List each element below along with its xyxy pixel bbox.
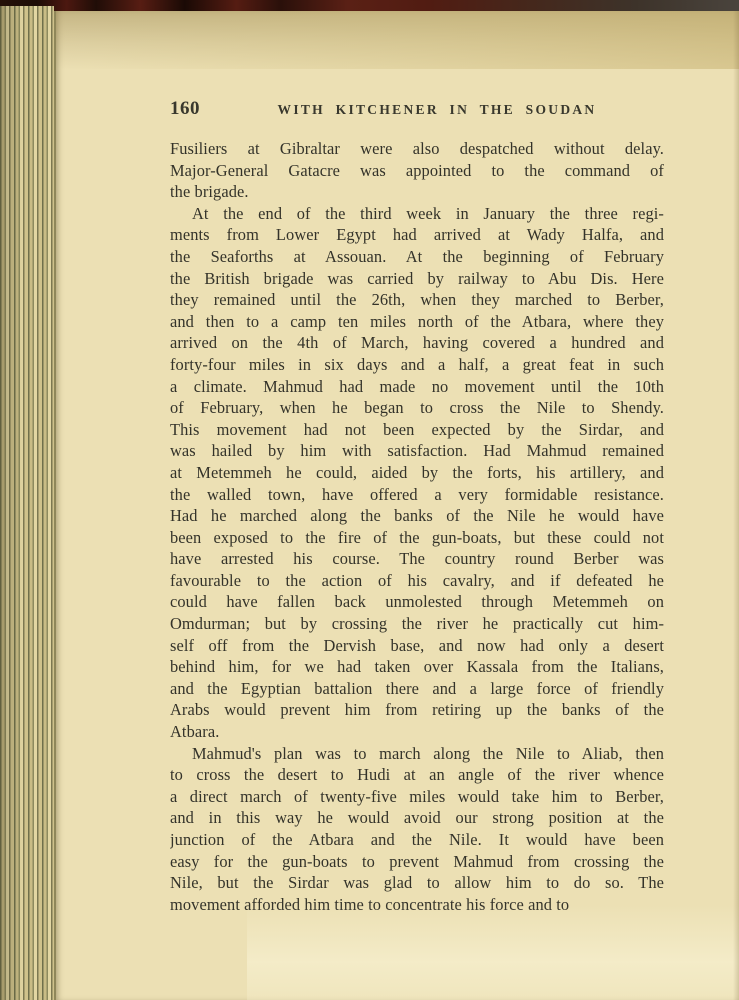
text-line: the British brigade was carried by railw… xyxy=(170,268,664,290)
text-line: to cross the desert to Hudi at an angle … xyxy=(170,764,664,786)
page-header: 160 WITH KITCHENER IN THE SOUDAN xyxy=(170,98,664,124)
text-line: could have fallen back unmolested throug… xyxy=(170,591,664,613)
text-line: a direct march of twenty-five miles woul… xyxy=(170,786,664,808)
text-line: was hailed by him with satisfaction. Had… xyxy=(170,440,664,462)
text-line: junction of the Atbara and the Nile. It … xyxy=(170,829,664,851)
book-page: 160 WITH KITCHENER IN THE SOUDAN Fusilie… xyxy=(54,11,739,1000)
page-number: 160 xyxy=(170,98,200,120)
text-line: easy for the gun-boats to prevent Mahmud… xyxy=(170,851,664,873)
text-line: forty-four miles in six days and a half,… xyxy=(170,354,664,376)
page-curl-shading-bottom xyxy=(247,905,739,1000)
text-line: the walled town, have offered a very for… xyxy=(170,484,664,506)
text-line: Omdurman; but by crossing the river he p… xyxy=(170,613,664,635)
text-line: ments from Lower Egypt had arrived at Wa… xyxy=(170,224,664,246)
body-text: Fusiliers at Gibraltar were also despatc… xyxy=(170,138,664,915)
page-right-edge-shading xyxy=(733,11,739,1000)
text-line: a climate. Mahmud had made no movement u… xyxy=(170,376,664,398)
book-cover-top-edge xyxy=(0,0,739,11)
text-line: have arrested his course. The country ro… xyxy=(170,548,664,570)
text-line: and in this way he would avoid our stron… xyxy=(170,807,664,829)
text-line: and the Egyptian battalion there and a l… xyxy=(170,678,664,700)
scanned-book-photo: 160 WITH KITCHENER IN THE SOUDAN Fusilie… xyxy=(0,0,739,1000)
text-line: Arabs would prevent him from retiring up… xyxy=(170,699,664,721)
text-line: arrived on the 4th of March, having cove… xyxy=(170,332,664,354)
running-title: WITH KITCHENER IN THE SOUDAN xyxy=(210,102,664,118)
text-line: Major-General Gatacre was appointed to t… xyxy=(170,160,664,182)
text-line: Atbara. xyxy=(170,721,664,743)
text-line: Had he marched along the banks of the Ni… xyxy=(170,505,664,527)
page-curl-shading-top xyxy=(56,11,739,69)
page-edges-left xyxy=(0,6,54,1000)
text-line: Fusiliers at Gibraltar were also despatc… xyxy=(170,138,664,160)
text-line: been exposed to the fire of the gun-boat… xyxy=(170,527,664,549)
text-line: they remained until the 26th, when they … xyxy=(170,289,664,311)
text-line: movement afforded him time to concentrat… xyxy=(170,894,664,916)
text-line: the Seaforths at Assouan. At the beginni… xyxy=(170,246,664,268)
text-line: This movement had not been expected by t… xyxy=(170,419,664,441)
text-line: behind him, for we had taken over Kassal… xyxy=(170,656,664,678)
text-line: favourable to the action of his cavalry,… xyxy=(170,570,664,592)
text-line: of February, when he began to cross the … xyxy=(170,397,664,419)
text-line: at Metemmeh he could, aided by the forts… xyxy=(170,462,664,484)
text-line: Nile, but the Sirdar was glad to allow h… xyxy=(170,872,664,894)
text-line: At the end of the third week in January … xyxy=(170,203,664,225)
text-line: and then to a camp ten miles north of th… xyxy=(170,311,664,333)
text-line: Mahmud's plan was to march along the Nil… xyxy=(170,743,664,765)
text-line: self off from the Dervish base, and now … xyxy=(170,635,664,657)
text-line: the brigade. xyxy=(170,181,664,203)
